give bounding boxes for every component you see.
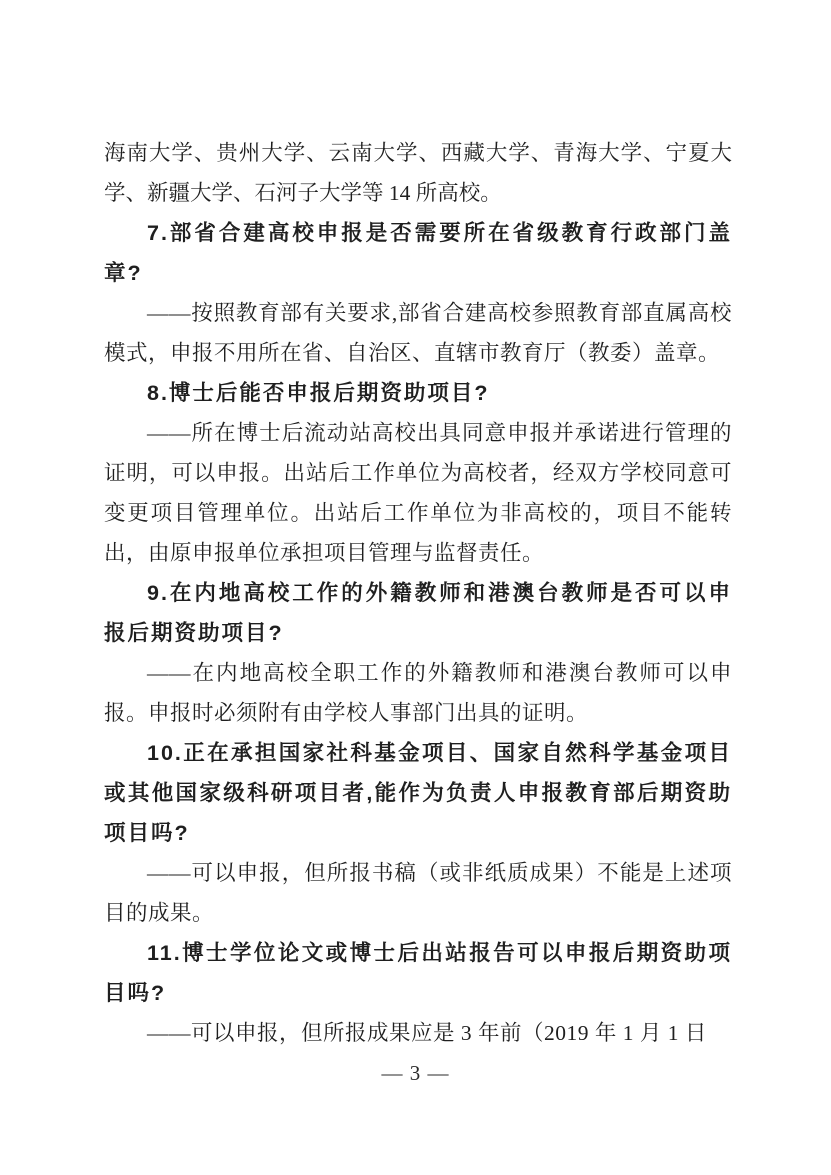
document-body: 海南大学、贵州大学、云南大学、西藏大学、青海大学、宁夏大学、新疆大学、石河子大学…	[104, 133, 732, 1053]
page-footer: — 3 —	[0, 1058, 831, 1088]
faq-question: 7.部省合建高校申报是否需要所在省级教育行政部门盖章?	[104, 213, 732, 293]
page-number: — 3 —	[382, 1061, 450, 1085]
faq-question: 8.博士后能否申报后期资助项目?	[104, 373, 732, 413]
body-text-continuation: 海南大学、贵州大学、云南大学、西藏大学、青海大学、宁夏大学、新疆大学、石河子大学…	[104, 133, 732, 213]
faq-question: 9.在内地高校工作的外籍教师和港澳台教师是否可以申报后期资助项目?	[104, 573, 732, 653]
faq-answer: ——可以申报，但所报成果应是 3 年前（2019 年 1 月 1 日	[104, 1013, 732, 1053]
faq-answer: ——可以申报，但所报书稿（或非纸质成果）不能是上述项目的成果。	[104, 853, 732, 933]
faq-answer: ——所在博士后流动站高校出具同意申报并承诺进行管理的证明，可以申报。出站后工作单…	[104, 413, 732, 573]
faq-answer: ——在内地高校全职工作的外籍教师和港澳台教师可以申报。申报时必须附有由学校人事部…	[104, 653, 732, 733]
faq-question: 11.博士学位论文或博士后出站报告可以申报后期资助项目吗?	[104, 933, 732, 1013]
faq-question: 10.正在承担国家社科基金项目、国家自然科学基金项目或其他国家级科研项目者,能作…	[104, 733, 732, 853]
document-page: 海南大学、贵州大学、云南大学、西藏大学、青海大学、宁夏大学、新疆大学、石河子大学…	[0, 0, 831, 1175]
faq-answer: ——按照教育部有关要求,部省合建高校参照教育部直属高校模式，申报不用所在省、自治…	[104, 293, 732, 373]
